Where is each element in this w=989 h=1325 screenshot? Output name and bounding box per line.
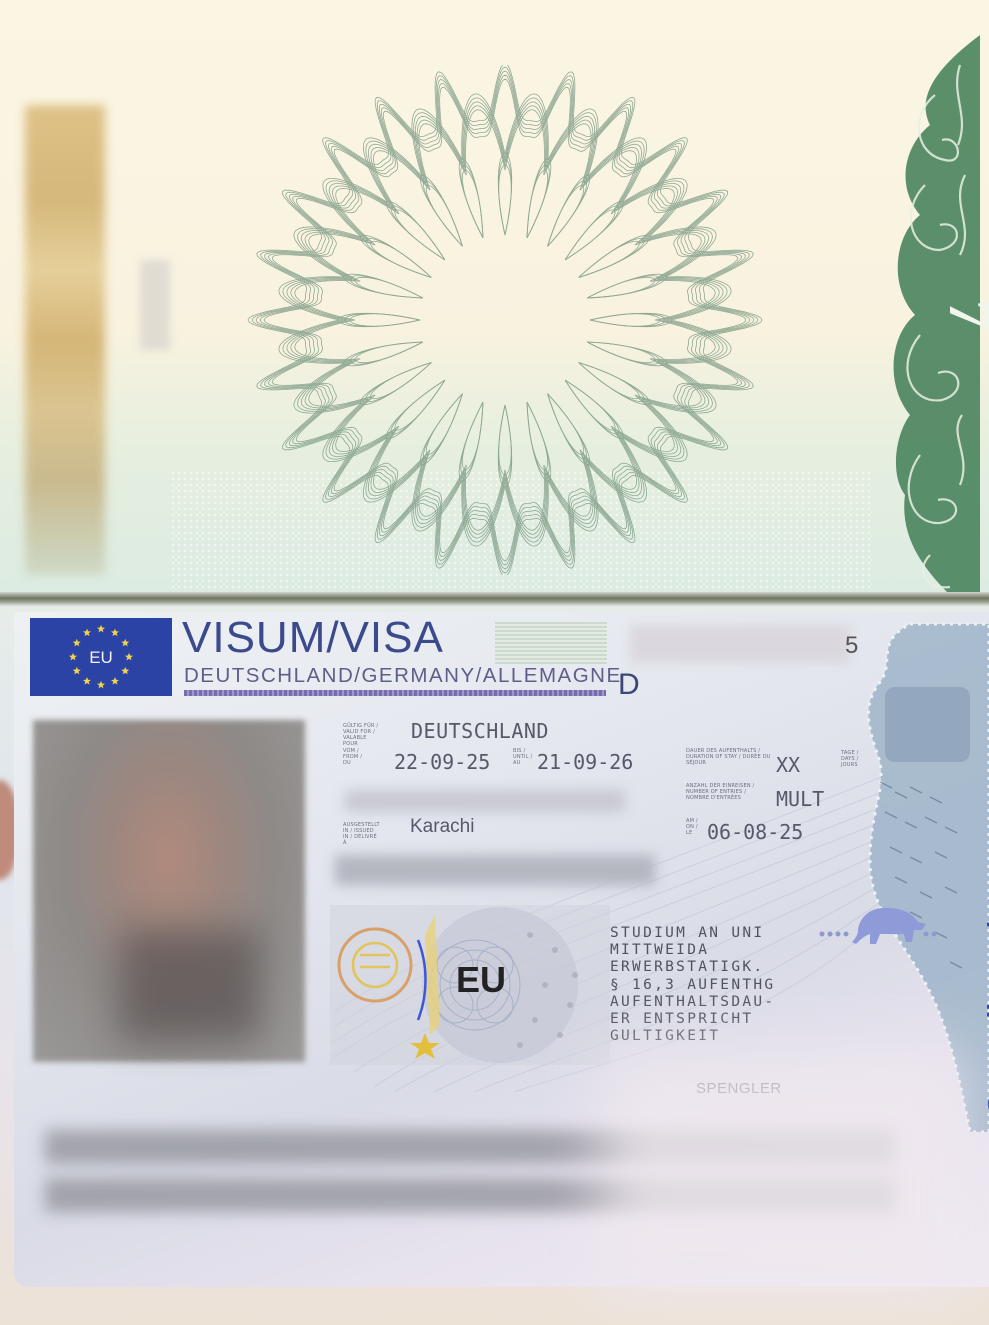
entries-value: MULT [776,787,824,811]
issuing-state: DEUTSCHLAND/GERMANY/ALLEMAGNE [184,664,622,688]
duration-value: XX [776,753,800,777]
until-label: BIS / UNTIL / AU [513,748,535,766]
page-seam [0,592,989,606]
issued-in-value: Karachi [410,816,474,838]
microprint-band [184,690,606,696]
issued-on-value: 06-08-25 [707,820,803,844]
issued-in-label: AUSGESTELLT IN / ISSUED IN / DÉLIVRÉ À [343,822,379,846]
svg-text:EU: EU [456,959,506,1000]
eu-flag: EU [30,618,172,696]
redacted-visa-number [630,625,850,663]
duration-label: DAUER DES AUFENTHALTS / DURATION OF STAY… [686,748,771,766]
remarks: STUDIUM AN UNI MITTWEIDA ERWERBSTATIGK. … [610,925,775,1045]
glare [600,1050,960,1300]
rhino-icon [818,900,938,946]
redacted-name [335,855,655,885]
redacted-page-number-strip [25,105,105,575]
eu-label: EU [30,648,172,668]
svg-text:7: 7 [937,300,989,330]
redacted-photo-shadow [120,930,260,1040]
redacted-mark [140,260,170,350]
valid-for-label: GÜLTIG FÜR / VALID FOR / VALABLE POUR [343,723,383,747]
guilloche-rosette-icon [245,65,765,575]
passport-upper-page: 7 [0,0,989,600]
eu-hologram: EU [330,905,610,1065]
entries-label: ANZAHL DER EINREISEN / NUMBER OF ENTRIES… [686,783,771,801]
redacted-field-1 [345,790,625,812]
hologram-strip [495,622,607,664]
until-value: 21-09-26 [537,750,633,774]
duration-unit-label: TAGE / DAYS / JOURS [841,750,861,768]
visa-type: D [618,668,640,702]
valid-for-value: DEUTSCHLAND [411,719,549,743]
visa-title: VISUM/VISA [182,612,444,664]
issued-on-label: AM / ON / LE [686,818,698,836]
ornamental-border-icon: 7 [880,35,989,600]
from-label: VOM / FROM / DU [343,748,365,766]
remarks-label: ​ [622,884,732,890]
from-value: 22-09-25 [394,750,490,774]
